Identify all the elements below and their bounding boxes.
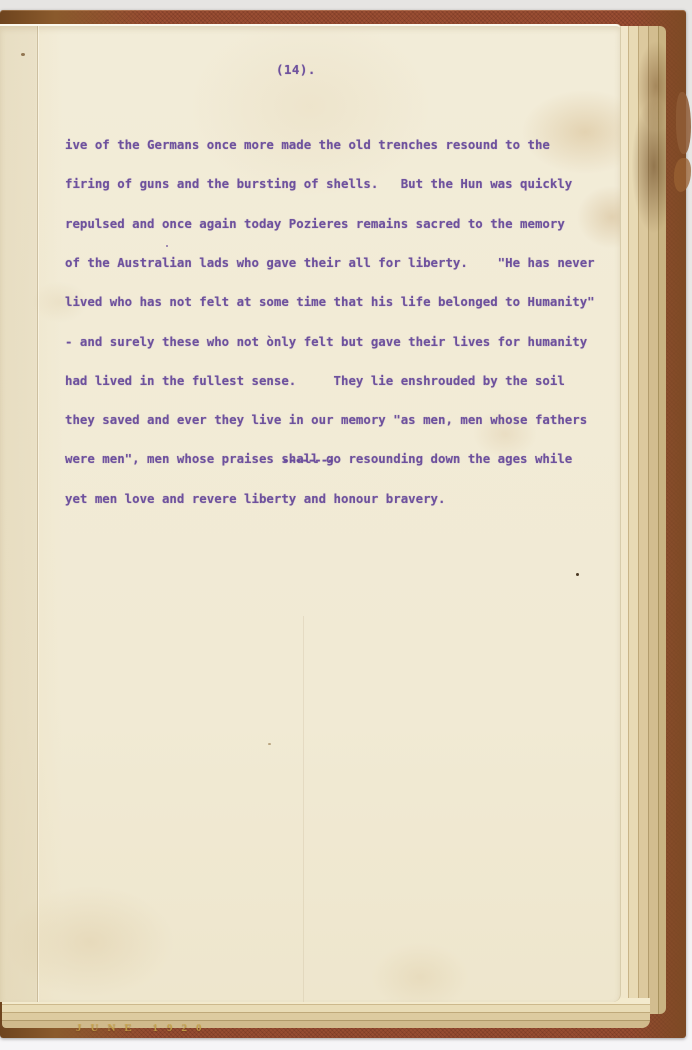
text-line: ive of the Germans once more made the ol… <box>65 138 595 151</box>
typed-divider: -------- <box>282 452 334 467</box>
typewritten-paragraph: ive of the Germans once more made the ol… <box>65 112 595 531</box>
text-line: had lived in the fullest sense. They lie… <box>65 374 595 387</box>
text-line: repulsed and once again today Pozieres r… <box>65 217 595 230</box>
cover-fray <box>676 92 691 154</box>
cover-date-label: JUNE 1920 <box>76 1022 210 1034</box>
scanner-background: (14). ive of the Germans once more made … <box>0 0 692 1050</box>
text-line: yet men love and revere liberty and hono… <box>65 492 595 505</box>
text-line: they saved and ever they live in our mem… <box>65 413 595 426</box>
page-number: (14). <box>276 62 316 77</box>
page-crease <box>303 616 304 1002</box>
text-line: lived who has not felt at some time that… <box>65 295 595 308</box>
page-edges-right <box>616 26 666 1014</box>
paper-speck <box>21 53 25 56</box>
text-line: firing of guns and the bursting of shell… <box>65 177 595 190</box>
paper-speck <box>268 743 271 745</box>
document-page: (14). ive of the Germans once more made … <box>0 24 620 1002</box>
page-fold-crease <box>37 26 38 1002</box>
text-line: - and surely these who not ònly felt but… <box>65 335 595 348</box>
text-line: of the Australian lads who gave their al… <box>65 256 595 269</box>
paper-speck <box>576 573 579 576</box>
ink-speck <box>166 245 168 247</box>
cover-fray <box>674 158 691 192</box>
